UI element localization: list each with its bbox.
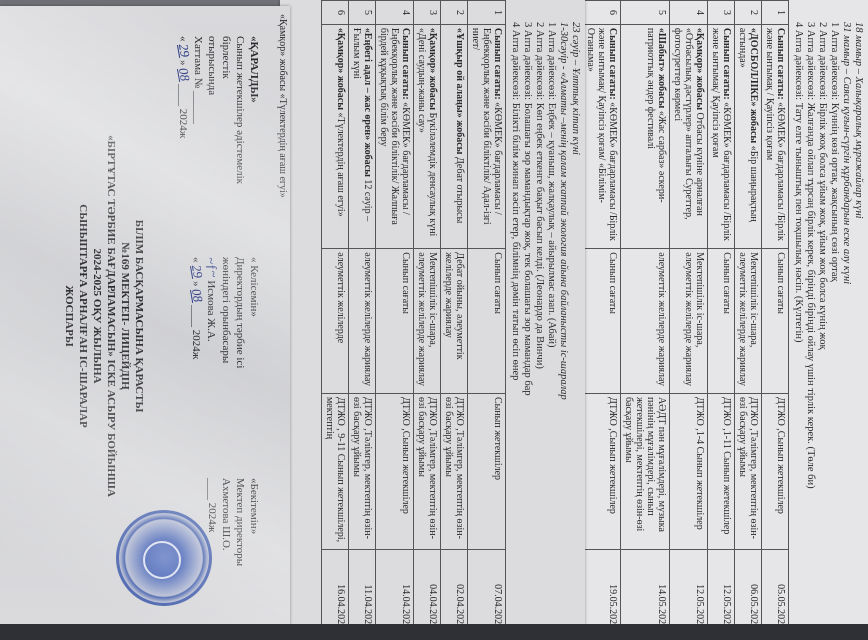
agreed-line1: Директордың тәрбие ісі xyxy=(233,257,247,407)
format-cell: Мектепішілік іс-шара, әлеуметтік желілер… xyxy=(414,249,441,394)
format-cell: Сынып сағаты xyxy=(708,249,735,394)
reviewed-heading: «ҚАРАЛДЫ» xyxy=(247,36,261,186)
event-cell: Сынып сағаты: «КӨМЕК» бағдарламасы / Еңб… xyxy=(376,24,414,248)
row-number: 3 xyxy=(414,1,441,25)
format-cell: Сынып сағаты xyxy=(468,249,506,394)
note-line: 3 Апта дәйексөзі: Жалғанда ойлап тұрсаң … xyxy=(804,22,816,632)
responsible-cell: АӘДТ пән мұғалімдері, музыка пәнінің мұғ… xyxy=(621,393,670,549)
title-line: ЖОСПАРЫ xyxy=(62,6,76,626)
table-row: 1Сынып сағаты: «КӨМЕК» бағдарламасы /Бір… xyxy=(762,1,789,640)
event-cell: «Қамқор» жобасы Отбасы күніне арналған «… xyxy=(670,24,708,248)
responsible-cell: ДТЖО ,Сынып жетекшілер xyxy=(762,393,789,549)
agreed-year: 2024ж xyxy=(190,330,202,360)
april-notes: 23 сәуір – Ұлттық кітап күні1-30сәуір - … xyxy=(506,0,585,640)
responsible-cell: ДТЖО ,1-11 Сынып жетекшілер xyxy=(708,393,735,549)
event-title: Сынып сағаты: xyxy=(607,28,618,100)
april-events-table: 1Сынып сағаты: «КӨМЕК» бағдарламасы / Ең… xyxy=(321,0,506,640)
event-cell: Сынып сағаты: «КӨМЕК» бағдарламасы /Бірл… xyxy=(762,24,789,248)
approved-line1: Мектеп директоры xyxy=(233,478,247,598)
row-number: 1 xyxy=(762,1,789,25)
table-row: 6«Қамқор» жобасы «Түлектердің ағаш егуі»… xyxy=(322,1,349,640)
agreed-block: « Келісемін» Директордың тәрбие ісі жөні… xyxy=(176,257,261,407)
event-title: «Шабыт» жобасы xyxy=(656,28,667,108)
may-plan-page: 18 мамыр – Халықаралық мұражайлар күні31… xyxy=(568,0,868,640)
responsible-cell: ДТЖО ,Сынып жетекшілер xyxy=(583,393,621,549)
event-cell: «Еңбегі адал – жас өрен» жобасы 12 сәуір… xyxy=(349,24,376,248)
protocol-label: Хаттама № xyxy=(192,36,204,88)
table-row: 2«ДОСБОЛЛІКЕ» жобасы «Бір шаңырақтың аст… xyxy=(735,1,762,640)
may-notes: 18 мамыр – Халықаралық мұражайлар күні31… xyxy=(789,0,868,640)
row-number: 4 xyxy=(376,1,414,25)
reviewed-year: 2024ж xyxy=(177,109,189,139)
reviewed-date-day: 29 xyxy=(176,43,192,58)
note-line: 2 Апта дәйексөзі: Бірлік жоқ болса ұйым … xyxy=(816,22,828,632)
table-row: 5«Еңбегі адал – жас өрен» жобасы 12 сәуі… xyxy=(349,1,376,640)
table-row: 3«Қамқор» жобасы Бүкіләлемдік денсаулық … xyxy=(414,1,441,640)
note-line: 1-30сәуір - «Алматы –менің қалам жаппай … xyxy=(557,22,569,632)
row-number: 2 xyxy=(735,1,762,25)
event-title: «Қамқор» жобасы xyxy=(427,28,438,110)
title-line: 2024-2025 ОҚУ ЖЫЛЫНА xyxy=(90,6,104,626)
event-cell: «Ұшқыр ой алаңы» жобасы Дебат отырысы xyxy=(441,24,468,248)
event-cell: «Қамқор» жобасы Бүкіләлемдік денсаулық к… xyxy=(414,24,441,248)
note-line: 23 сәуір – Ұлттық кітап күні xyxy=(569,22,581,632)
approved-year: 2024ж xyxy=(206,503,218,533)
format-cell: әлеуметтік желілерде жариялау xyxy=(621,249,670,394)
event-detail: Дебат отырысы xyxy=(454,154,465,223)
table-row: 1Сынып сағаты: «КӨМЕК» бағдарламасы / Ең… xyxy=(468,1,506,640)
table-row: 4«Қамқор» жобасы Отбасы күніне арналған … xyxy=(670,1,708,640)
agreed-date-month: 08 xyxy=(189,288,205,303)
approved-signer: Ахметова Ш.О. xyxy=(219,478,233,598)
table-row: 2«Ұшқыр ой алаңы» жобасы Дебат отырысыДе… xyxy=(441,1,468,640)
row-number: 4 xyxy=(670,1,708,25)
format-cell: Мектепішілік іс-шара, әлеуметтік желілер… xyxy=(670,249,708,394)
title-line: СЫНЫПТАРҒА АРНАЛҒАН ІС-ШАРАЛАР xyxy=(76,6,90,626)
event-cell: «ДОСБОЛЛІКЕ» жобасы «Бір шаңырақтың асты… xyxy=(735,24,762,248)
reviewed-date-month: 08 xyxy=(176,67,192,82)
note-line: 3 Апта дәйексөзі: Болашағы зор мамандықт… xyxy=(521,22,533,632)
event-cell: «Қамқор» жобасы «Түлектердің ағаш егуі» xyxy=(322,24,349,248)
responsible-cell: ДТЖО ,Тәлімгер, мектептің өзін-өзі басқа… xyxy=(414,393,441,549)
row-number: 5 xyxy=(349,1,376,25)
event-title: Сынып сағаты: xyxy=(721,28,732,100)
format-cell: Сынып сағаты xyxy=(762,249,789,394)
reviewed-line1: Сынып жетекшілер әдістемелік бірлестік xyxy=(219,36,247,186)
event-title: «Қамқор» жобасы xyxy=(335,28,346,110)
note-line: 4 Апта дәйексөзі: Тату елге тыныштық пен… xyxy=(792,22,804,632)
agreed-line2: жөніндегі орынбасары xyxy=(219,257,233,407)
responsible-cell: ДТЖО ,Тәлімгер, мектептің өзін-өзі басқа… xyxy=(735,393,762,549)
event-cell: Сынып сағаты: «КӨМЕК» бағдарламасы /Бірл… xyxy=(708,24,735,248)
approved-heading: «Бекітемін» xyxy=(247,478,261,598)
event-title: Сынып сағаты: xyxy=(492,28,503,100)
table-row: 6Сынып сағаты: «КӨМЕК» бағдарламасы /Бір… xyxy=(583,1,621,640)
reviewed-line2: отырысында xyxy=(205,36,219,186)
event-cell: Сынып сағаты: «КӨМЕК» бағдарламасы /Бірл… xyxy=(583,24,621,248)
format-cell: әлеуметтік желілерде жариялау xyxy=(349,249,376,394)
note-line: 18 мамыр – Халықаралық мұражайлар күні xyxy=(852,22,864,632)
row-number: 6 xyxy=(583,1,621,25)
title-page: «Қамқор» жобасы «Түлектердің ағаш егуі» … xyxy=(0,6,290,626)
note-line: 1 Апта дәйексөзі: Еңбек – қуаныш, жалқау… xyxy=(545,22,557,632)
note-line: 4 Апта дәйексөзі: Білікті білім жинап кә… xyxy=(509,22,521,632)
row-number: 5 xyxy=(621,1,670,25)
table-row: 4Сынып сағаты: «КӨМЕК» бағдарламасы / Ең… xyxy=(376,1,414,640)
note-line: 2 Апта дәйексөзі: Көп еңбек еткенге бақы… xyxy=(533,22,545,632)
agreed-signer: Исмова Ж.А. xyxy=(205,280,217,341)
background-edge-bottom xyxy=(0,624,868,640)
note-line: 31 мамыр – Саяси қуғын-сүргін құрбандары… xyxy=(840,22,852,632)
event-detail: «Түлектердің ағаш егуі» xyxy=(335,110,346,217)
title-line: «БІРТҰТАС ТӘРБИЕ БАҒДАРЛАМАСЫН» ІСКЕ АСЫ… xyxy=(104,6,118,626)
responsible-cell: ДТЖО ,Тәлімгер, мектептің өзін-өзі басқа… xyxy=(441,393,468,549)
agreed-heading: « Келісемін» xyxy=(247,257,261,407)
row-number: 1 xyxy=(468,1,506,25)
row-number: 6 xyxy=(322,1,349,25)
format-cell: әлеуметтік желілерде xyxy=(322,249,349,394)
row-number: 2 xyxy=(441,1,468,25)
event-title: «Қамқор» жобасы xyxy=(694,28,705,110)
reviewed-block: «ҚАРАЛДЫ» Сынып жетекшілер әдістемелік б… xyxy=(176,36,261,186)
responsible-cell: ДТЖО , 9-11 Сынып жетекшілері, мектептің xyxy=(322,393,349,549)
responsible-cell: ДТЖО ,Сынып жетекшілер xyxy=(376,393,414,549)
responsible-cell: ДТЖО ,Тәлімгер, мектептің өзін-өзі басқа… xyxy=(349,393,376,549)
responsible-cell: ДТЖО ,1-4 Сынып жетекшілер xyxy=(670,393,708,549)
april-plan-page: 23 сәуір – Ұлттық кітап күні1-30сәуір - … xyxy=(280,0,585,640)
event-title: «Еңбегі адал – жас өрен» жобасы xyxy=(362,28,373,177)
note-line: 1 Апта дәйексөзі: Күннің көзі ортақ, жақ… xyxy=(828,22,840,632)
table-row: 5«Шабыт» жобасы «Жас сарбаз» әскери-патр… xyxy=(621,1,670,640)
event-title: «ДОСБОЛЛІКЕ» жобасы xyxy=(748,28,759,143)
official-stamp-icon xyxy=(116,510,212,606)
agreed-date-day: 29 xyxy=(189,264,205,279)
may-events-table: 1Сынып сағаты: «КӨМЕК» бағдарламасы /Бір… xyxy=(566,0,789,640)
event-cell: Сынып сағаты: «КӨМЕК» бағдарламасы / Еңб… xyxy=(468,24,506,248)
event-title: Сынып сағаты: xyxy=(775,28,786,100)
format-cell: Сынып сағаты xyxy=(376,249,414,394)
format-cell: Сынып сағаты xyxy=(583,249,621,394)
document-photo: 18 мамыр – Халықаралық мұражайлар күні31… xyxy=(0,0,868,640)
event-title: «Ұшқыр ой алаңы» жобасы xyxy=(454,28,465,155)
responsible-cell: Сынып жетекшілер xyxy=(468,393,506,549)
format-cell: Дебат ойыны, әлеуметтік желілерде жариял… xyxy=(441,249,468,394)
event-title: Сынып сағаты: xyxy=(400,28,411,100)
row-number: 3 xyxy=(708,1,735,25)
event-cell: «Шабыт» жобасы «Жас сарбаз» әскери-патри… xyxy=(621,24,670,248)
title-page-edge-text: «Қамқор» жобасы «Түлектердің ағаш егуі» xyxy=(275,6,290,626)
table-row: 3Сынып сағаты: «КӨМЕК» бағдарламасы /Бір… xyxy=(708,1,735,640)
format-cell: Мектепішілік іс-шара, әлеуметтік желілер… xyxy=(735,249,762,394)
